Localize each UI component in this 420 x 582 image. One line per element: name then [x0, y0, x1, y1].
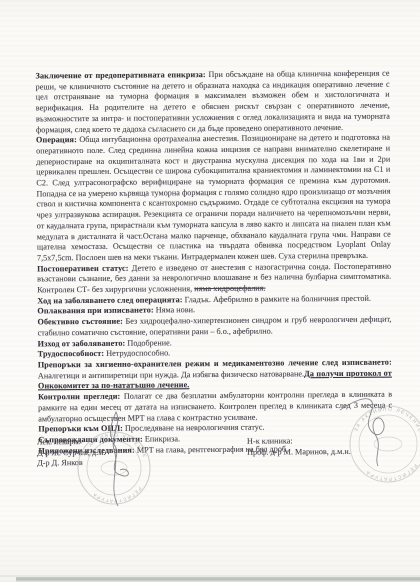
- section-recommendations-text: Аналгетици и антипиретици при нужда. Да …: [38, 369, 304, 380]
- section-conclusion-label: Заключение от предоперативната епикриза:: [35, 70, 205, 80]
- section-conclusion: Заключение от предоперативната епикриза:…: [35, 69, 389, 136]
- scan-bottom-edge: [16, 577, 420, 582]
- section-operation-text: Обща интубационна оротрахеална анестезия…: [36, 133, 391, 263]
- section-complaints-label: Оплаквания при изписването:: [37, 306, 153, 316]
- attending-doctor-2: Д-р Д. Янков: [37, 458, 105, 469]
- scanned-epicrisis-page: Заключение от предоперативната епикриза:…: [0, 0, 420, 582]
- section-recommendations-label: Препоръки за хигиенно-охранителен режим …: [38, 358, 392, 370]
- section-gp-recommendations-text: Проследяване на неврологичния статус.: [125, 423, 265, 433]
- section-recommendations: Препоръки за хигиенно-охранителен режим …: [38, 358, 392, 393]
- section-course-text: Гладък. Афебрилно в рамките на болничния…: [185, 294, 371, 304]
- clinic-head-block: Н-к клиника: Проф. д-р М. Маринов, д.м.н…: [247, 436, 351, 458]
- section-checkups: Контролни прегледи: Полагат се два безпл…: [38, 390, 392, 425]
- section-operation-label: Операция:: [36, 135, 77, 144]
- attending-doctors-title: Лек. лекари:: [37, 437, 105, 448]
- stamp-right-ring-bottom-text: РЕГИСТРАТУРА: [364, 462, 418, 481]
- clinic-head-name: Проф. д-р М. Маринов, д.м.н.: [247, 446, 351, 457]
- attending-doctor-1: Д-р Ж. Сурчев, д.м.: [37, 447, 105, 458]
- section-objective-state: Обективно състояние: Без хидроцефално-хи…: [37, 315, 391, 339]
- section-outcome-text: Подобрение.: [127, 338, 171, 347]
- section-checkups-label: Контролни прегледи:: [38, 392, 120, 402]
- section-complaints-text: Няма нови.: [156, 306, 195, 315]
- clinic-head-title: Н-к клиника:: [247, 436, 351, 447]
- document-body: Заключение от предоперативната епикриза:…: [35, 69, 392, 457]
- section-outcome-label: Изход от заболяването:: [38, 338, 126, 348]
- section-postop-status: Постоперативен статус: Детето е изведено…: [37, 261, 391, 296]
- section-operation: Операция: Обща интубационна оротрахеална…: [36, 133, 391, 264]
- section-postop-status-struck-text: няма хидроцефалия.: [194, 284, 265, 294]
- attending-doctors-block: Лек. лекари: Д-р Ж. Сурчев, д.м. Д-р Д. …: [37, 437, 106, 469]
- section-gp-recommendations-label: Препоръки към ОПЛ:: [38, 424, 123, 434]
- section-work-capacity-text: Нетрудоспособно.: [106, 349, 170, 359]
- section-objective-state-label: Обективно състояние:: [37, 317, 123, 327]
- section-accompanying-documents-text: Епикриза.: [145, 434, 180, 443]
- section-work-capacity-label: Трудоспособност:: [38, 349, 105, 359]
- section-course-label: Ход на заболяването след операцията:: [37, 295, 182, 305]
- stamp-left-ring-bottom-text: РЕГИСТРАТУРА: [91, 486, 142, 504]
- section-postop-status-label: Постоперативен статус:: [37, 263, 129, 273]
